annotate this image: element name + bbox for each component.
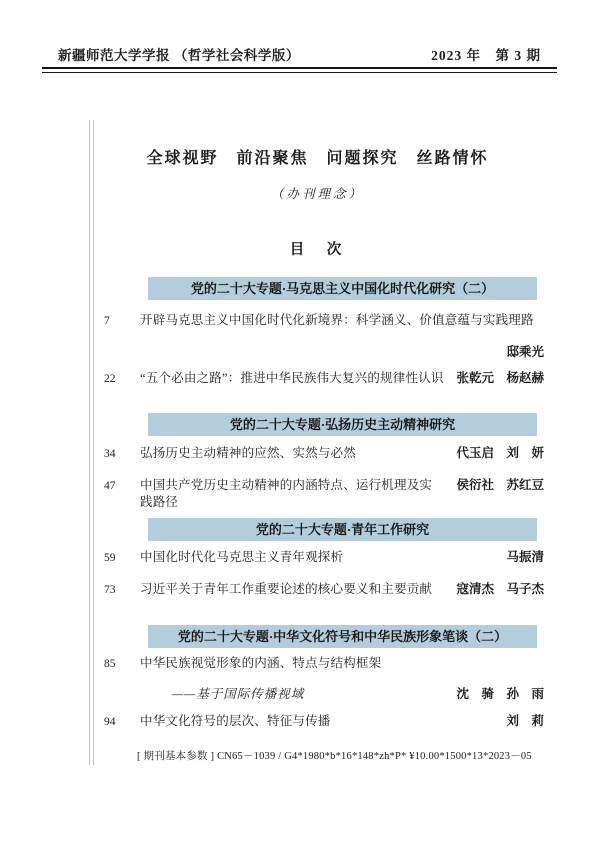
page-number: 22 <box>104 371 140 388</box>
section-band: 党的二十大专题·弘扬历史主动精神研究 <box>148 413 537 436</box>
page-number: 47 <box>104 478 140 495</box>
article-title: 中国共产党历史主动精神的内涵特点、运行机理及实践路径 <box>140 477 444 511</box>
article-title: 习近平关于青年工作重要论述的核心要义和主要贡献 <box>140 581 444 598</box>
slogan-note: （办刊理念） <box>90 184 545 202</box>
issue-label: 2023 年 第 3 期 <box>431 44 541 64</box>
article-authors: 马振清 <box>506 549 544 566</box>
article-authors: 沈 骑 孙 雨 <box>456 684 544 702</box>
page-header: 新疆师范大学学报 （哲学社会科学版） 2023 年 第 3 期 <box>58 44 541 64</box>
article-authors: 张乾元 杨赵赫 <box>456 370 544 387</box>
toc-item: 59 中国化时代化马克思主义青年观探析 马振清 <box>104 549 544 567</box>
decorative-vertical-line <box>89 120 94 765</box>
article-authors: 代玉启 刘 妍 <box>456 445 544 462</box>
article-authors: 刘 莉 <box>506 713 544 730</box>
page-number: 85 <box>104 656 140 673</box>
journal-name: 新疆师范大学学报 （哲学社会科学版） <box>58 44 300 64</box>
article-title: 弘扬历史主动精神的应然、实然与必然 <box>140 445 444 462</box>
article-authors: 侯衍社 苏红豆 <box>456 477 544 494</box>
toc-item: 34 弘扬历史主动精神的应然、实然与必然 代玉启 刘 妍 <box>104 445 544 463</box>
page-number: 73 <box>104 582 140 599</box>
toc-item-subtitle-row: ——基于国际传播视域 沈 骑 孙 雨 <box>104 684 544 702</box>
page-number: 34 <box>104 446 140 463</box>
journal-parameters-line: [ 期刊基本参数 ] CN65－1039 / G4*1980*b*16*148*… <box>137 748 532 763</box>
section-band: 党的二十大专题·青年工作研究 <box>148 518 537 541</box>
toc-title: 目 次 <box>90 238 545 259</box>
article-title: 中华民族视觉形象的内涵、特点与结构框架 <box>140 655 544 672</box>
toc-item: 85 中华民族视觉形象的内涵、特点与结构框架 <box>104 655 544 673</box>
article-authors: 寇清杰 马子杰 <box>456 581 544 598</box>
article-authors: 邸乘光 <box>104 342 544 360</box>
section-band: 党的二十大专题·中华文化符号和中华民族形象笔谈（二） <box>148 625 537 648</box>
toc-item: 47 中国共产党历史主动精神的内涵特点、运行机理及实践路径 侯衍社 苏红豆 <box>104 477 544 511</box>
article-title: 中国化时代化马克思主义青年观探析 <box>140 549 494 566</box>
toc-item: 94 中华文化符号的层次、特征与传播 刘 莉 <box>104 713 544 731</box>
page-number: 7 <box>104 313 140 330</box>
toc-item: 7 开辟马克思主义中国化时代化新境界：科学涵义、价值意蕴与实践理路 <box>104 312 544 330</box>
section-band: 党的二十大专题·马克思主义中国化时代化研究（二） <box>148 277 537 300</box>
toc-item: 22 “五个必由之路”：推进中华民族伟大复兴的规律性认识 张乾元 杨赵赫 <box>104 370 544 388</box>
article-subtitle: ——基于国际传播视域 <box>104 684 444 702</box>
journal-toc-page: 新疆师范大学学报 （哲学社会科学版） 2023 年 第 3 期 全球视野 前沿聚… <box>0 0 599 841</box>
article-title: 开辟马克思主义中国化时代化新境界：科学涵义、价值意蕴与实践理路 <box>140 312 544 329</box>
journal-slogan: 全球视野 前沿聚焦 问题探究 丝路情怀 <box>90 145 545 168</box>
page-number: 59 <box>104 550 140 567</box>
toc-item: 73 习近平关于青年工作重要论述的核心要义和主要贡献 寇清杰 马子杰 <box>104 581 544 599</box>
article-title: 中华文化符号的层次、特征与传播 <box>140 713 494 730</box>
article-title: “五个必由之路”：推进中华民族伟大复兴的规律性认识 <box>140 370 444 387</box>
header-double-rule <box>42 67 557 73</box>
page-number: 94 <box>104 714 140 731</box>
